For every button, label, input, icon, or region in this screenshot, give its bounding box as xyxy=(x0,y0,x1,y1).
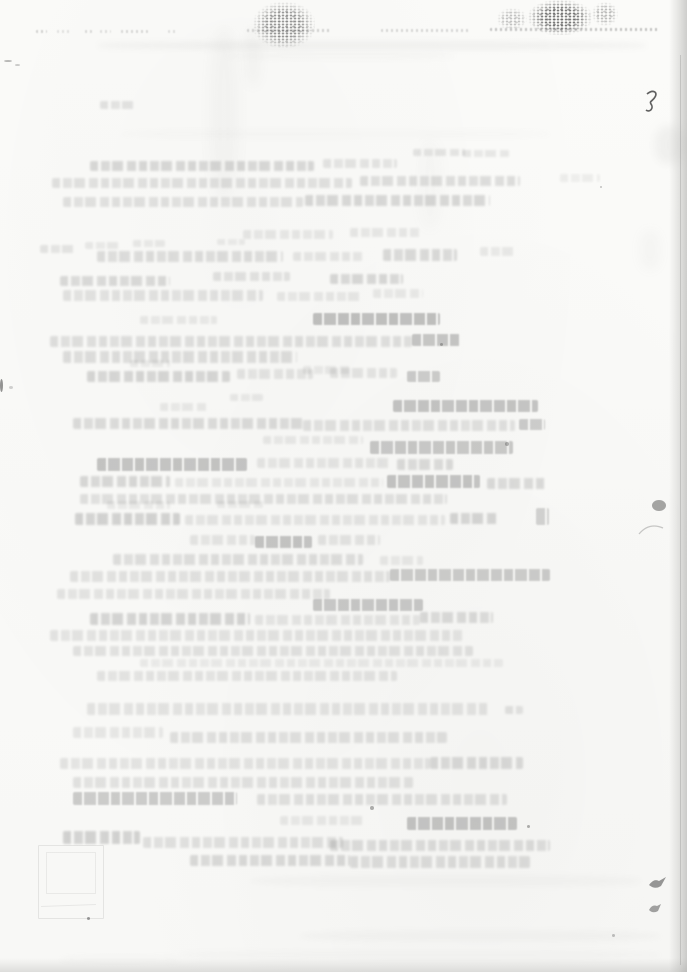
right-edge-shadow xyxy=(669,0,687,972)
ink-speck xyxy=(4,60,12,62)
faded-text-line xyxy=(160,403,207,411)
faded-text-line xyxy=(73,777,413,788)
faded-text-line xyxy=(190,535,255,545)
ink-blot-mark-lower xyxy=(647,901,663,917)
ink-speck xyxy=(612,934,615,937)
faded-text-line xyxy=(255,615,420,625)
faded-text-line xyxy=(57,589,330,599)
faded-text-line xyxy=(113,554,363,565)
faded-text-line xyxy=(323,159,397,168)
ink-speck xyxy=(652,500,666,511)
faded-text-line xyxy=(60,758,430,769)
ink-speck xyxy=(15,64,20,66)
faded-text-line xyxy=(50,630,463,641)
faded-text-line xyxy=(293,252,363,261)
faded-text-line xyxy=(60,276,170,286)
faded-text-line xyxy=(360,176,520,186)
faded-text-line xyxy=(80,476,170,487)
faded-text-line xyxy=(73,727,163,738)
ink-speck xyxy=(370,806,374,810)
ghost-ink-band xyxy=(225,53,455,59)
faded-text-line xyxy=(300,930,660,942)
faded-text-line xyxy=(463,150,509,157)
faded-text-line xyxy=(85,242,119,249)
faded-text-line xyxy=(250,875,640,887)
dotted-rule-segment xyxy=(85,30,92,33)
ink-speck xyxy=(600,186,602,188)
faded-text-line xyxy=(185,515,445,525)
faded-text-line xyxy=(420,612,493,623)
faded-text-line xyxy=(97,458,247,471)
faded-text-line xyxy=(560,174,600,182)
faded-text-line xyxy=(263,436,363,444)
faded-text-line xyxy=(73,646,473,656)
faded-text-line xyxy=(487,478,547,489)
faded-text-line xyxy=(350,228,420,237)
dotted-rule-segment xyxy=(168,30,177,33)
faded-text-line xyxy=(277,292,363,301)
faded-text-line xyxy=(393,400,538,412)
faded-text-line xyxy=(370,441,513,454)
faded-text-line xyxy=(97,251,283,262)
faded-text-line xyxy=(175,478,383,487)
faded-text-line xyxy=(380,556,423,565)
bottom-edge-shadow xyxy=(0,958,687,972)
faded-text-line xyxy=(63,831,140,844)
dotted-rule-segment xyxy=(100,30,111,33)
faded-text-line xyxy=(63,351,297,363)
faded-text-line xyxy=(430,757,523,769)
dotted-rule-segment xyxy=(36,30,47,33)
faded-text-line xyxy=(90,161,314,171)
faded-text-line xyxy=(52,178,352,188)
curved-pen-mark xyxy=(637,520,665,538)
faded-text-line xyxy=(257,794,507,805)
faded-text-line xyxy=(313,313,440,325)
faded-text-line xyxy=(383,249,457,261)
ink-speck xyxy=(505,442,509,446)
ink-stain xyxy=(528,0,592,35)
faded-text-line xyxy=(230,394,263,401)
faded-text-line xyxy=(50,336,412,347)
faded-text-line xyxy=(318,535,380,545)
faded-text-line xyxy=(170,732,447,743)
dotted-rule-segment xyxy=(381,29,469,32)
scanned-page xyxy=(0,0,687,972)
faded-text-line xyxy=(407,817,517,830)
paper-fold-shade xyxy=(640,230,660,270)
faded-text-line xyxy=(330,840,550,851)
dotted-rule-segment xyxy=(121,30,148,33)
faded-text-line xyxy=(87,703,490,715)
faded-text-line xyxy=(243,230,333,239)
faded-text-line xyxy=(305,195,490,206)
faded-text-line xyxy=(143,837,343,848)
ink-stain xyxy=(592,2,618,26)
faded-text-line xyxy=(413,149,465,156)
pencil-sketch-inner-rectangle xyxy=(46,852,96,894)
faded-text-line xyxy=(330,368,397,378)
handwritten-squiggle-mark xyxy=(644,90,660,116)
ghost-ink-band xyxy=(120,130,550,138)
ink-speck xyxy=(0,379,3,392)
ink-speck xyxy=(527,825,530,828)
faded-text-line xyxy=(237,369,313,379)
faded-text-line xyxy=(63,197,303,207)
faded-text-line xyxy=(63,290,263,301)
faded-text-line xyxy=(536,508,549,525)
faded-text-line xyxy=(73,418,303,429)
ghost-ink-band xyxy=(98,41,646,50)
faded-text-line xyxy=(140,316,217,324)
faded-text-line xyxy=(450,513,497,524)
ink-stain xyxy=(497,8,527,30)
paper-edge-line xyxy=(680,55,681,965)
faded-text-line xyxy=(130,360,170,367)
faded-text-line xyxy=(257,458,390,468)
ink-speck xyxy=(9,386,13,389)
faded-text-line xyxy=(505,706,523,714)
faded-text-line xyxy=(303,420,515,431)
ink-blot-mark-upper xyxy=(648,875,668,893)
faded-text-line xyxy=(40,245,74,253)
faded-text-line xyxy=(213,272,290,281)
faded-text-line xyxy=(87,371,230,382)
faded-text-line xyxy=(73,792,237,805)
faded-text-line xyxy=(140,659,503,667)
faded-text-line xyxy=(407,371,440,382)
ink-stain xyxy=(253,2,315,48)
faded-text-line xyxy=(255,536,312,548)
faded-text-line xyxy=(75,513,180,525)
faded-text-line xyxy=(100,101,134,109)
faded-text-line xyxy=(397,459,453,470)
faded-text-line xyxy=(387,475,480,488)
faded-text-line xyxy=(190,855,350,866)
faded-text-line xyxy=(373,289,423,298)
dotted-rule-segment xyxy=(57,30,70,33)
faded-text-line xyxy=(519,419,545,430)
faded-text-line xyxy=(70,571,390,582)
faded-text-line xyxy=(107,501,170,509)
faded-text-line xyxy=(480,247,514,256)
faded-text-block xyxy=(0,0,687,972)
faded-text-line xyxy=(280,816,363,825)
faded-text-line xyxy=(350,856,530,868)
faded-text-line xyxy=(390,569,550,581)
faded-text-line xyxy=(133,240,165,247)
faded-text-line xyxy=(97,671,397,681)
faded-text-line xyxy=(217,501,263,508)
faded-text-line xyxy=(313,599,423,611)
faded-text-line xyxy=(330,274,403,284)
ink-speck xyxy=(440,343,443,346)
faded-text-line xyxy=(412,334,460,346)
faded-text-line xyxy=(90,613,250,625)
faded-text-line xyxy=(217,239,245,245)
